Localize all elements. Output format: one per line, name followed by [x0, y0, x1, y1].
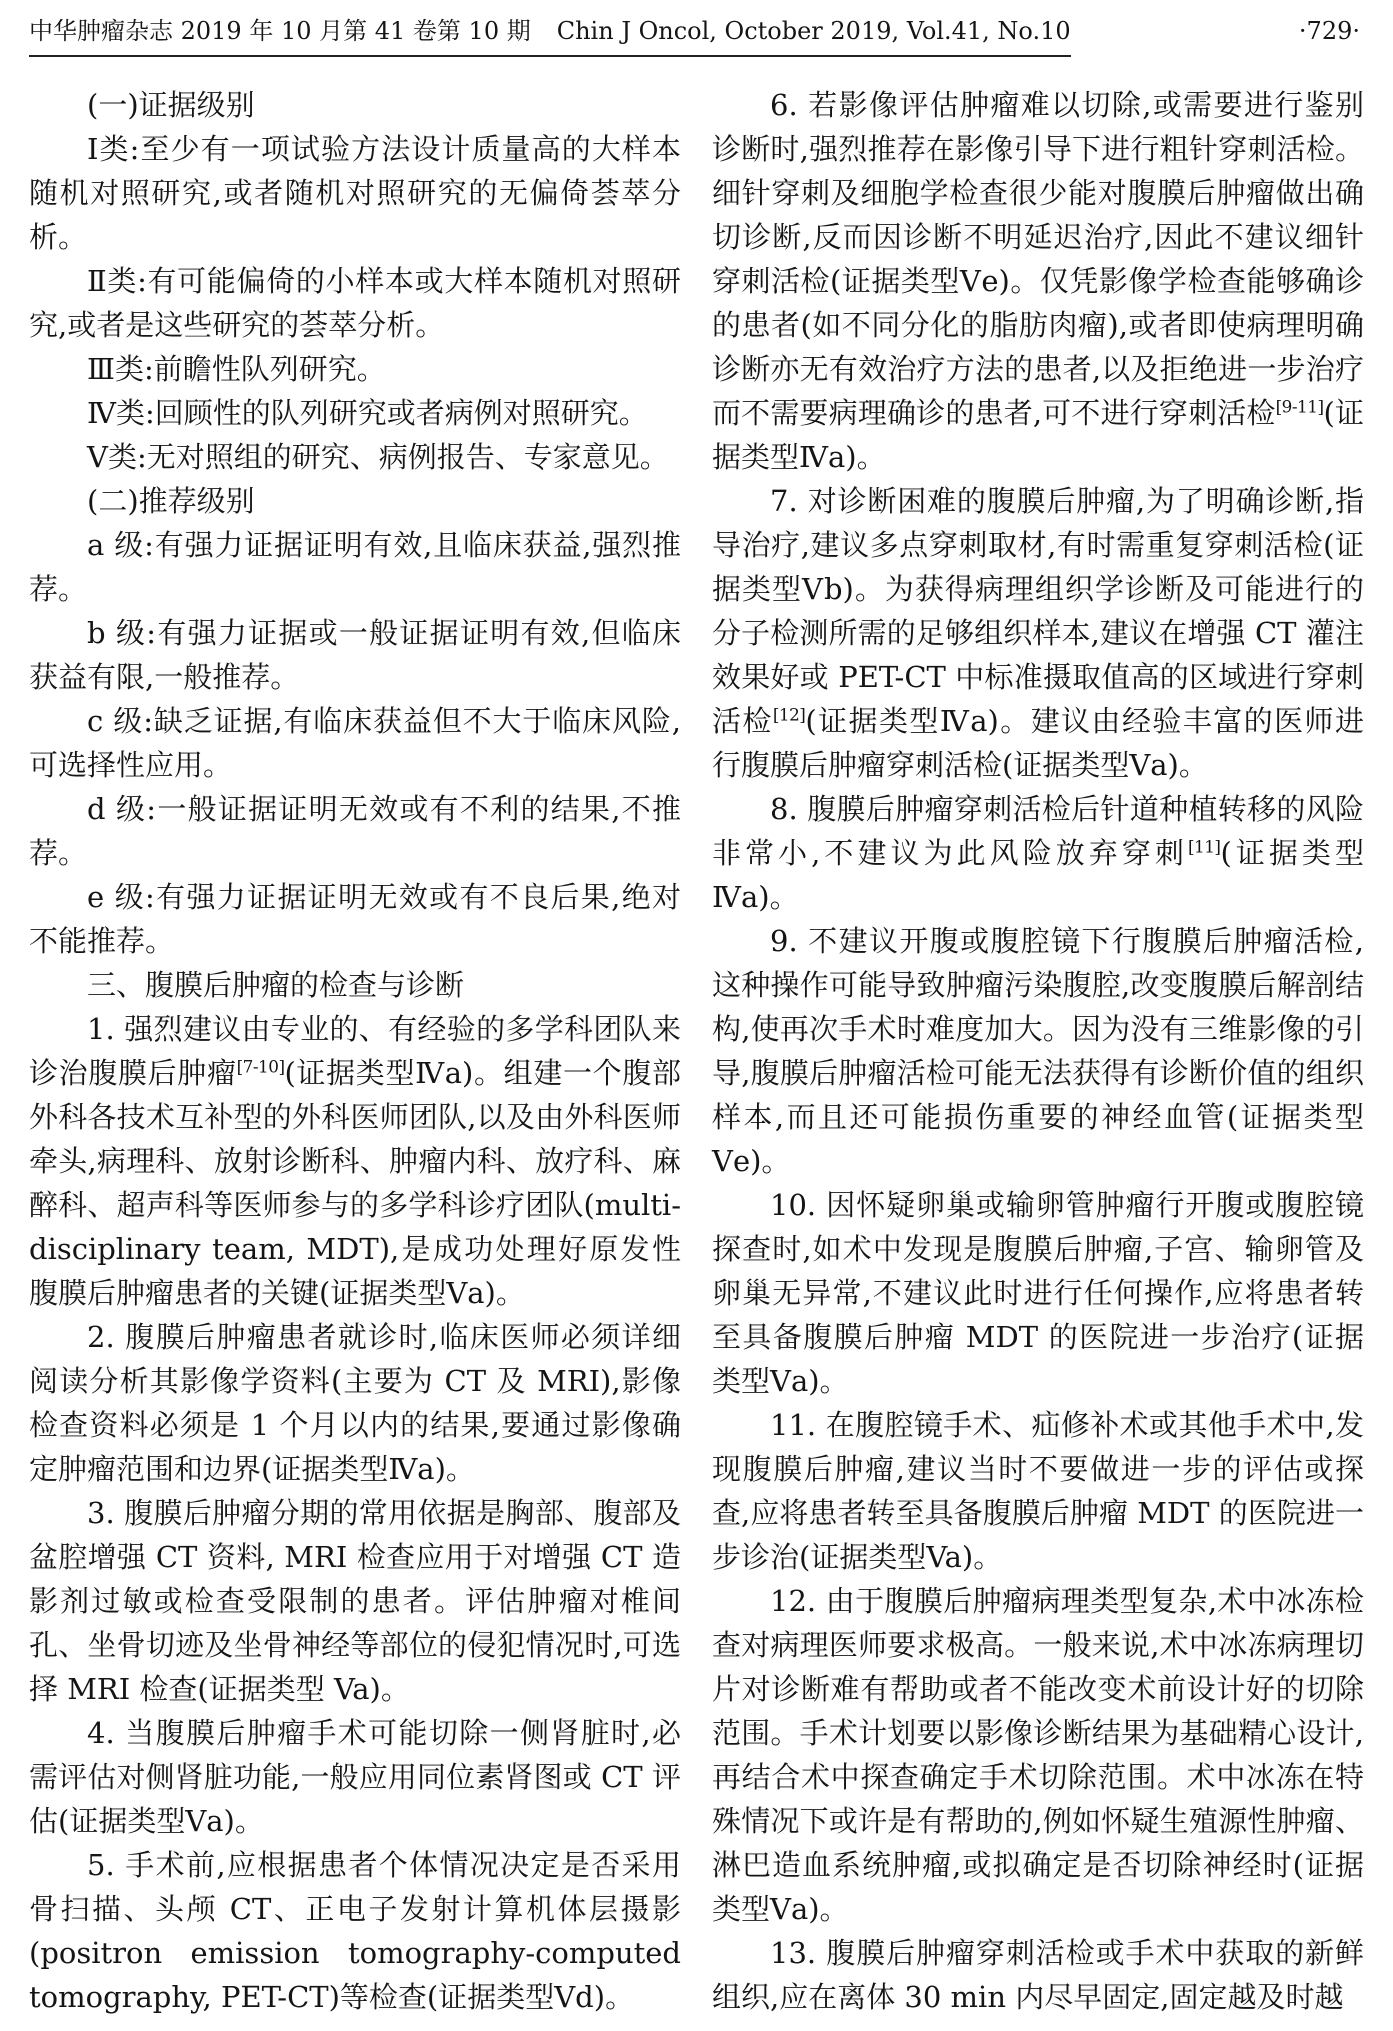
paragraph: 1. 强烈建议由专业的、有经验的多学科团队来诊治腹膜后肿瘤[7-10](证据类型…	[29, 1007, 681, 1315]
paragraph: c 级:缺乏证据,有临床获益但不大于临床风险,可选择性应用。	[29, 699, 681, 787]
paragraph: Ⅴ类:无对照组的研究、病例报告、专家意见。	[29, 435, 681, 479]
paragraph: Ⅱ类:有可能偏倚的小样本或大样本随机对照研究,或者是这些研究的荟萃分析。	[29, 259, 681, 347]
journal-title-en: Chin J Oncol, October 2019, Vol.41, No.1…	[557, 17, 1071, 45]
page-number: ·729·	[1299, 14, 1364, 48]
paragraph: 3. 腹膜后肿瘤分期的常用依据是胸部、腹部及盆腔增强 CT 资料, MRI 检查…	[29, 1491, 681, 1711]
paragraph: Ⅰ类:至少有一项试验方法设计质量高的大样本随机对照研究,或者随机对照研究的无偏倚…	[29, 127, 681, 259]
paragraph: 7. 对诊断困难的腹膜后肿瘤,为了明确诊断,指导治疗,建议多点穿刺取材,有时需重…	[712, 479, 1364, 787]
reference-superscript: [7-10]	[237, 1056, 285, 1076]
left-column: (一)证据级别Ⅰ类:至少有一项试验方法设计质量高的大样本随机对照研究,或者随机对…	[29, 83, 681, 2019]
journal-page: 中华肿瘤杂志 2019 年 10 月第 41 卷第 10 期Chin J Onc…	[0, 0, 1393, 2031]
paragraph: 12. 由于腹膜后肿瘤病理类型复杂,术中冰冻检查对病理医师要求极高。一般来说,术…	[712, 1579, 1364, 1931]
journal-header-rule: 中华肿瘤杂志 2019 年 10 月第 41 卷第 10 期Chin J Onc…	[29, 14, 1071, 57]
right-column: 6. 若影像评估肿瘤难以切除,或需要进行鉴别诊断时,强烈推荐在影像引导下进行粗针…	[712, 83, 1364, 2019]
paragraph: 9. 不建议开腹或腹腔镜下行腹膜后肿瘤活检,这种操作可能导致肿瘤污染腹腔,改变腹…	[712, 919, 1364, 1183]
paragraph: 10. 因怀疑卵巢或输卵管肿瘤行开腹或腹腔镜探查时,如术中发现是腹膜后肿瘤,子宫…	[712, 1183, 1364, 1403]
paragraph: Ⅲ类:前瞻性队列研究。	[29, 347, 681, 391]
paragraph: a 级:有强力证据证明有效,且临床获益,强烈推荐。	[29, 523, 681, 611]
reference-superscript: [9-11]	[1276, 396, 1324, 416]
paragraph: 11. 在腹腔镜手术、疝修补术或其他手术中,发现腹膜后肿瘤,建议当时不要做进一步…	[712, 1403, 1364, 1579]
paragraph: 4. 当腹膜后肿瘤手术可能切除一侧肾脏时,必需评估对侧肾脏功能,一般应用同位素肾…	[29, 1711, 681, 1843]
paragraph: d 级:一般证据证明无效或有不利的结果,不推荐。	[29, 787, 681, 875]
page-header: 中华肿瘤杂志 2019 年 10 月第 41 卷第 10 期Chin J Onc…	[29, 14, 1364, 57]
paragraph: 2. 腹膜后肿瘤患者就诊时,临床医师必须详细阅读分析其影像学资料(主要为 CT …	[29, 1315, 681, 1491]
paragraph: (一)证据级别	[29, 83, 681, 127]
journal-title-cn: 中华肿瘤杂志 2019 年 10 月第 41 卷第 10 期	[29, 17, 531, 45]
reference-superscript: [12]	[773, 704, 806, 724]
paragraph: e 级:有强力证据证明无效或有不良后果,绝对不能推荐。	[29, 875, 681, 963]
paragraph: 8. 腹膜后肿瘤穿刺活检后针道种植转移的风险非常小,不建议为此风险放弃穿刺[11…	[712, 787, 1364, 919]
paragraph: 6. 若影像评估肿瘤难以切除,或需要进行鉴别诊断时,强烈推荐在影像引导下进行粗针…	[712, 83, 1364, 479]
paragraph: 三、腹膜后肿瘤的检查与诊断	[29, 963, 681, 1007]
paragraph: Ⅳ类:回顾性的队列研究或者病例对照研究。	[29, 391, 681, 435]
paragraph: 13. 腹膜后肿瘤穿刺活检或手术中获取的新鲜组织,应在离体 30 min 内尽早…	[712, 1931, 1364, 2019]
reference-superscript: [11]	[1188, 836, 1221, 856]
paragraph: 5. 手术前,应根据患者个体情况决定是否采用骨扫描、头颅 CT、正电子发射计算机…	[29, 1843, 681, 2019]
paragraph: b 级:有强力证据或一般证据证明有效,但临床获益有限,一般推荐。	[29, 611, 681, 699]
paragraph: (二)推荐级别	[29, 479, 681, 523]
two-column-body: (一)证据级别Ⅰ类:至少有一项试验方法设计质量高的大样本随机对照研究,或者随机对…	[29, 83, 1364, 2019]
